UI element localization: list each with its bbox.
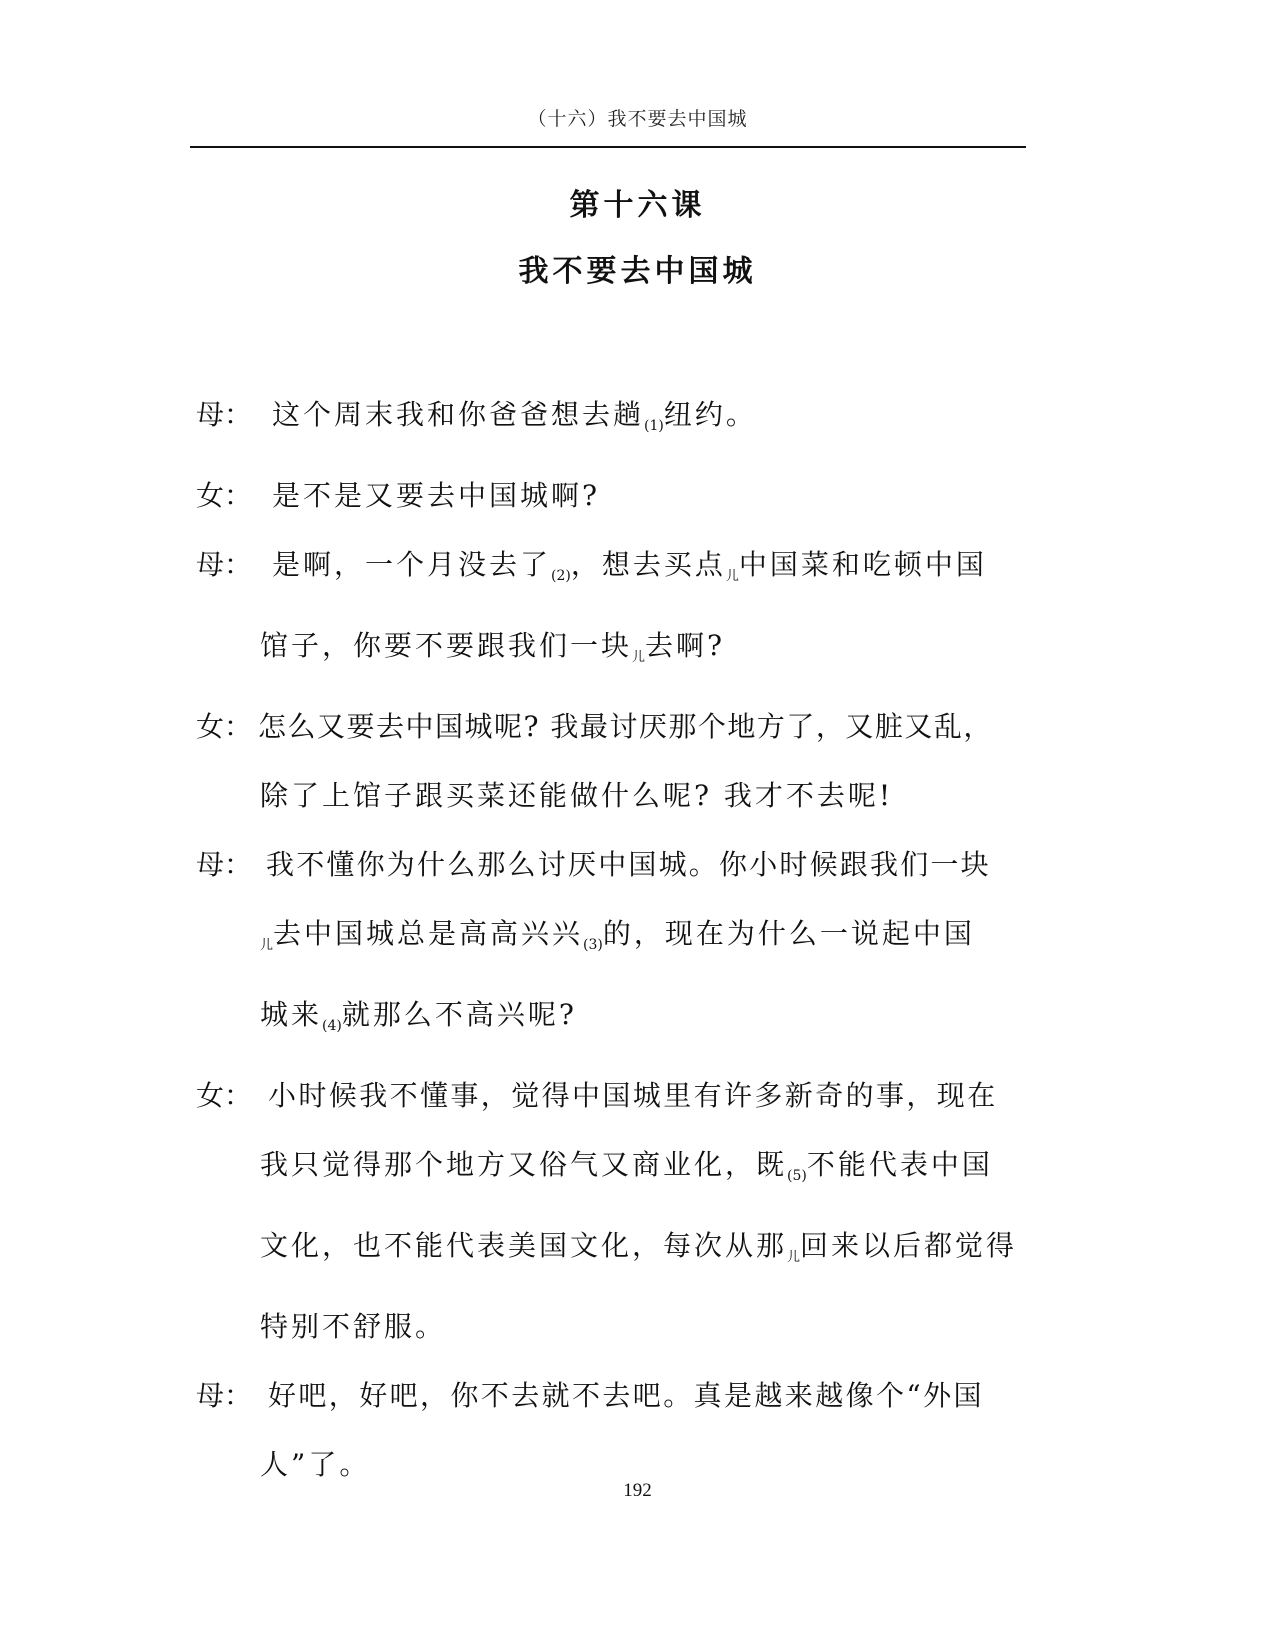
lesson-title: 我不要去中国城 bbox=[0, 246, 1275, 290]
dialogue-line: 是不是又要去中国城啊? bbox=[196, 461, 1036, 530]
text-segment: 是啊，一个月没去了 bbox=[272, 548, 551, 581]
dialogue-line: 怎么又要去中国城呢? 我最讨厌那个地方了，又脏又乱， bbox=[196, 692, 1036, 761]
footnote-marker: (2) bbox=[551, 568, 571, 584]
footnote-marker: (1) bbox=[644, 418, 664, 434]
text-segment: 去啊? bbox=[645, 629, 725, 662]
header-rule bbox=[190, 146, 1026, 148]
dialogue-turn: 女：怎么又要去中国城呢? 我最讨厌那个地方了，又脏又乱，除了上馆子跟买菜还能做什… bbox=[196, 692, 1036, 830]
text-segment: 就那么不高兴呢? bbox=[342, 998, 577, 1031]
text-segment: 怎么又要去中国城呢? 我最讨厌那个地方了，又脏又乱， bbox=[258, 710, 993, 743]
text-segment: 特别不舒服。 bbox=[260, 1310, 446, 1343]
dialogue-turn: 女：是不是又要去中国城啊? bbox=[196, 461, 1036, 530]
text-segment: 小时候我不懂事，觉得中国城里有许多新奇的事，现在 bbox=[268, 1079, 998, 1112]
dialogue-line: 好吧，好吧，你不去就不去吧。真是越来越像个“外国 bbox=[196, 1361, 1036, 1430]
erhua-marker: 儿 bbox=[787, 1250, 800, 1265]
text-segment: 中国菜和吃顿中国 bbox=[739, 548, 987, 581]
text-segment: 馆子，你要不要跟我们一块 bbox=[260, 629, 632, 662]
dialogue-turn: 母：这个周末我和你爸爸想去趟(1)纽约。 bbox=[196, 380, 1036, 461]
erhua-marker: 儿 bbox=[260, 938, 273, 953]
dialogue: 母：这个周末我和你爸爸想去趟(1)纽约。女：是不是又要去中国城啊?母：是啊，一个… bbox=[196, 380, 1036, 1499]
speaker-label: 女： bbox=[196, 461, 252, 530]
dialogue-line: 儿去中国城总是高高兴兴(3)的，现在为什么一说起中国 bbox=[196, 899, 1036, 980]
speaker-label: 母： bbox=[196, 830, 252, 899]
dialogue-line: 馆子，你要不要跟我们一块儿去啊? bbox=[196, 611, 1036, 692]
erhua-marker: 儿 bbox=[632, 650, 645, 665]
dialogue-turn: 母：好吧，好吧，你不去就不去吧。真是越来越像个“外国人”了。 bbox=[196, 1361, 1036, 1499]
text-segment: 好吧，好吧，你不去就不去吧。真是越来越像个“外国 bbox=[268, 1379, 984, 1412]
footnote-marker: (4) bbox=[322, 1018, 342, 1034]
text-segment: 这个周末我和你爸爸想去趟 bbox=[272, 398, 644, 431]
text-segment: 是不是又要去中国城啊? bbox=[272, 479, 600, 512]
dialogue-line: 是啊，一个月没去了(2)，想去买点儿中国菜和吃顿中国 bbox=[196, 530, 1036, 611]
running-header: （十六）我不要去中国城 bbox=[0, 104, 1275, 131]
text-segment: 文化，也不能代表美国文化，每次从那 bbox=[260, 1229, 787, 1262]
speaker-label: 母： bbox=[196, 530, 252, 599]
dialogue-line: 我只觉得那个地方又俗气又商业化，既(5)不能代表中国 bbox=[196, 1130, 1036, 1211]
text-segment: 的，现在为什么一说起中国 bbox=[603, 917, 975, 950]
speaker-label: 母： bbox=[196, 1361, 252, 1430]
dialogue-line: 小时候我不懂事，觉得中国城里有许多新奇的事，现在 bbox=[196, 1061, 1036, 1130]
erhua-marker: 儿 bbox=[726, 569, 739, 584]
text-segment: 除了上馆子跟买菜还能做什么呢? 我才不去呢! bbox=[260, 779, 893, 812]
speaker-label: 母： bbox=[196, 380, 252, 449]
dialogue-line: 这个周末我和你爸爸想去趟(1)纽约。 bbox=[196, 380, 1036, 461]
text-segment: 我只觉得那个地方又俗气又商业化，既 bbox=[260, 1148, 787, 1181]
dialogue-line: 城来(4)就那么不高兴呢? bbox=[196, 980, 1036, 1061]
dialogue-line: 我不懂你为什么那么讨厌中国城。你小时候跟我们一块 bbox=[196, 830, 1036, 899]
dialogue-turn: 女：小时候我不懂事，觉得中国城里有许多新奇的事，现在我只觉得那个地方又俗气又商业… bbox=[196, 1061, 1036, 1361]
page-number: 192 bbox=[0, 1480, 1275, 1502]
text-segment: 回来以后都觉得 bbox=[800, 1229, 1017, 1262]
speaker-label: 女： bbox=[196, 1061, 252, 1130]
text-segment: 纽约。 bbox=[664, 398, 757, 431]
speaker-label: 女： bbox=[196, 692, 252, 761]
footnote-marker: (5) bbox=[787, 1168, 807, 1184]
dialogue-line: 文化，也不能代表美国文化，每次从那儿回来以后都觉得 bbox=[196, 1211, 1036, 1292]
dialogue-line: 除了上馆子跟买菜还能做什么呢? 我才不去呢! bbox=[196, 761, 1036, 830]
footnote-marker: (3) bbox=[583, 937, 603, 953]
text-segment: 不能代表中国 bbox=[807, 1148, 993, 1181]
lesson-number: 第十六课 bbox=[0, 180, 1275, 224]
text-segment: 人”了。 bbox=[260, 1448, 370, 1481]
text-segment: 我不懂你为什么那么讨厌中国城。你小时候跟我们一块 bbox=[266, 848, 991, 881]
dialogue-turn: 母：是啊，一个月没去了(2)，想去买点儿中国菜和吃顿中国馆子，你要不要跟我们一块… bbox=[196, 530, 1036, 692]
text-segment: 城来 bbox=[260, 998, 322, 1031]
dialogue-line: 特别不舒服。 bbox=[196, 1292, 1036, 1361]
text-segment: 去中国城总是高高兴兴 bbox=[273, 917, 583, 950]
dialogue-turn: 母：我不懂你为什么那么讨厌中国城。你小时候跟我们一块儿去中国城总是高高兴兴(3)… bbox=[196, 830, 1036, 1061]
text-segment: ，想去买点 bbox=[571, 548, 726, 581]
